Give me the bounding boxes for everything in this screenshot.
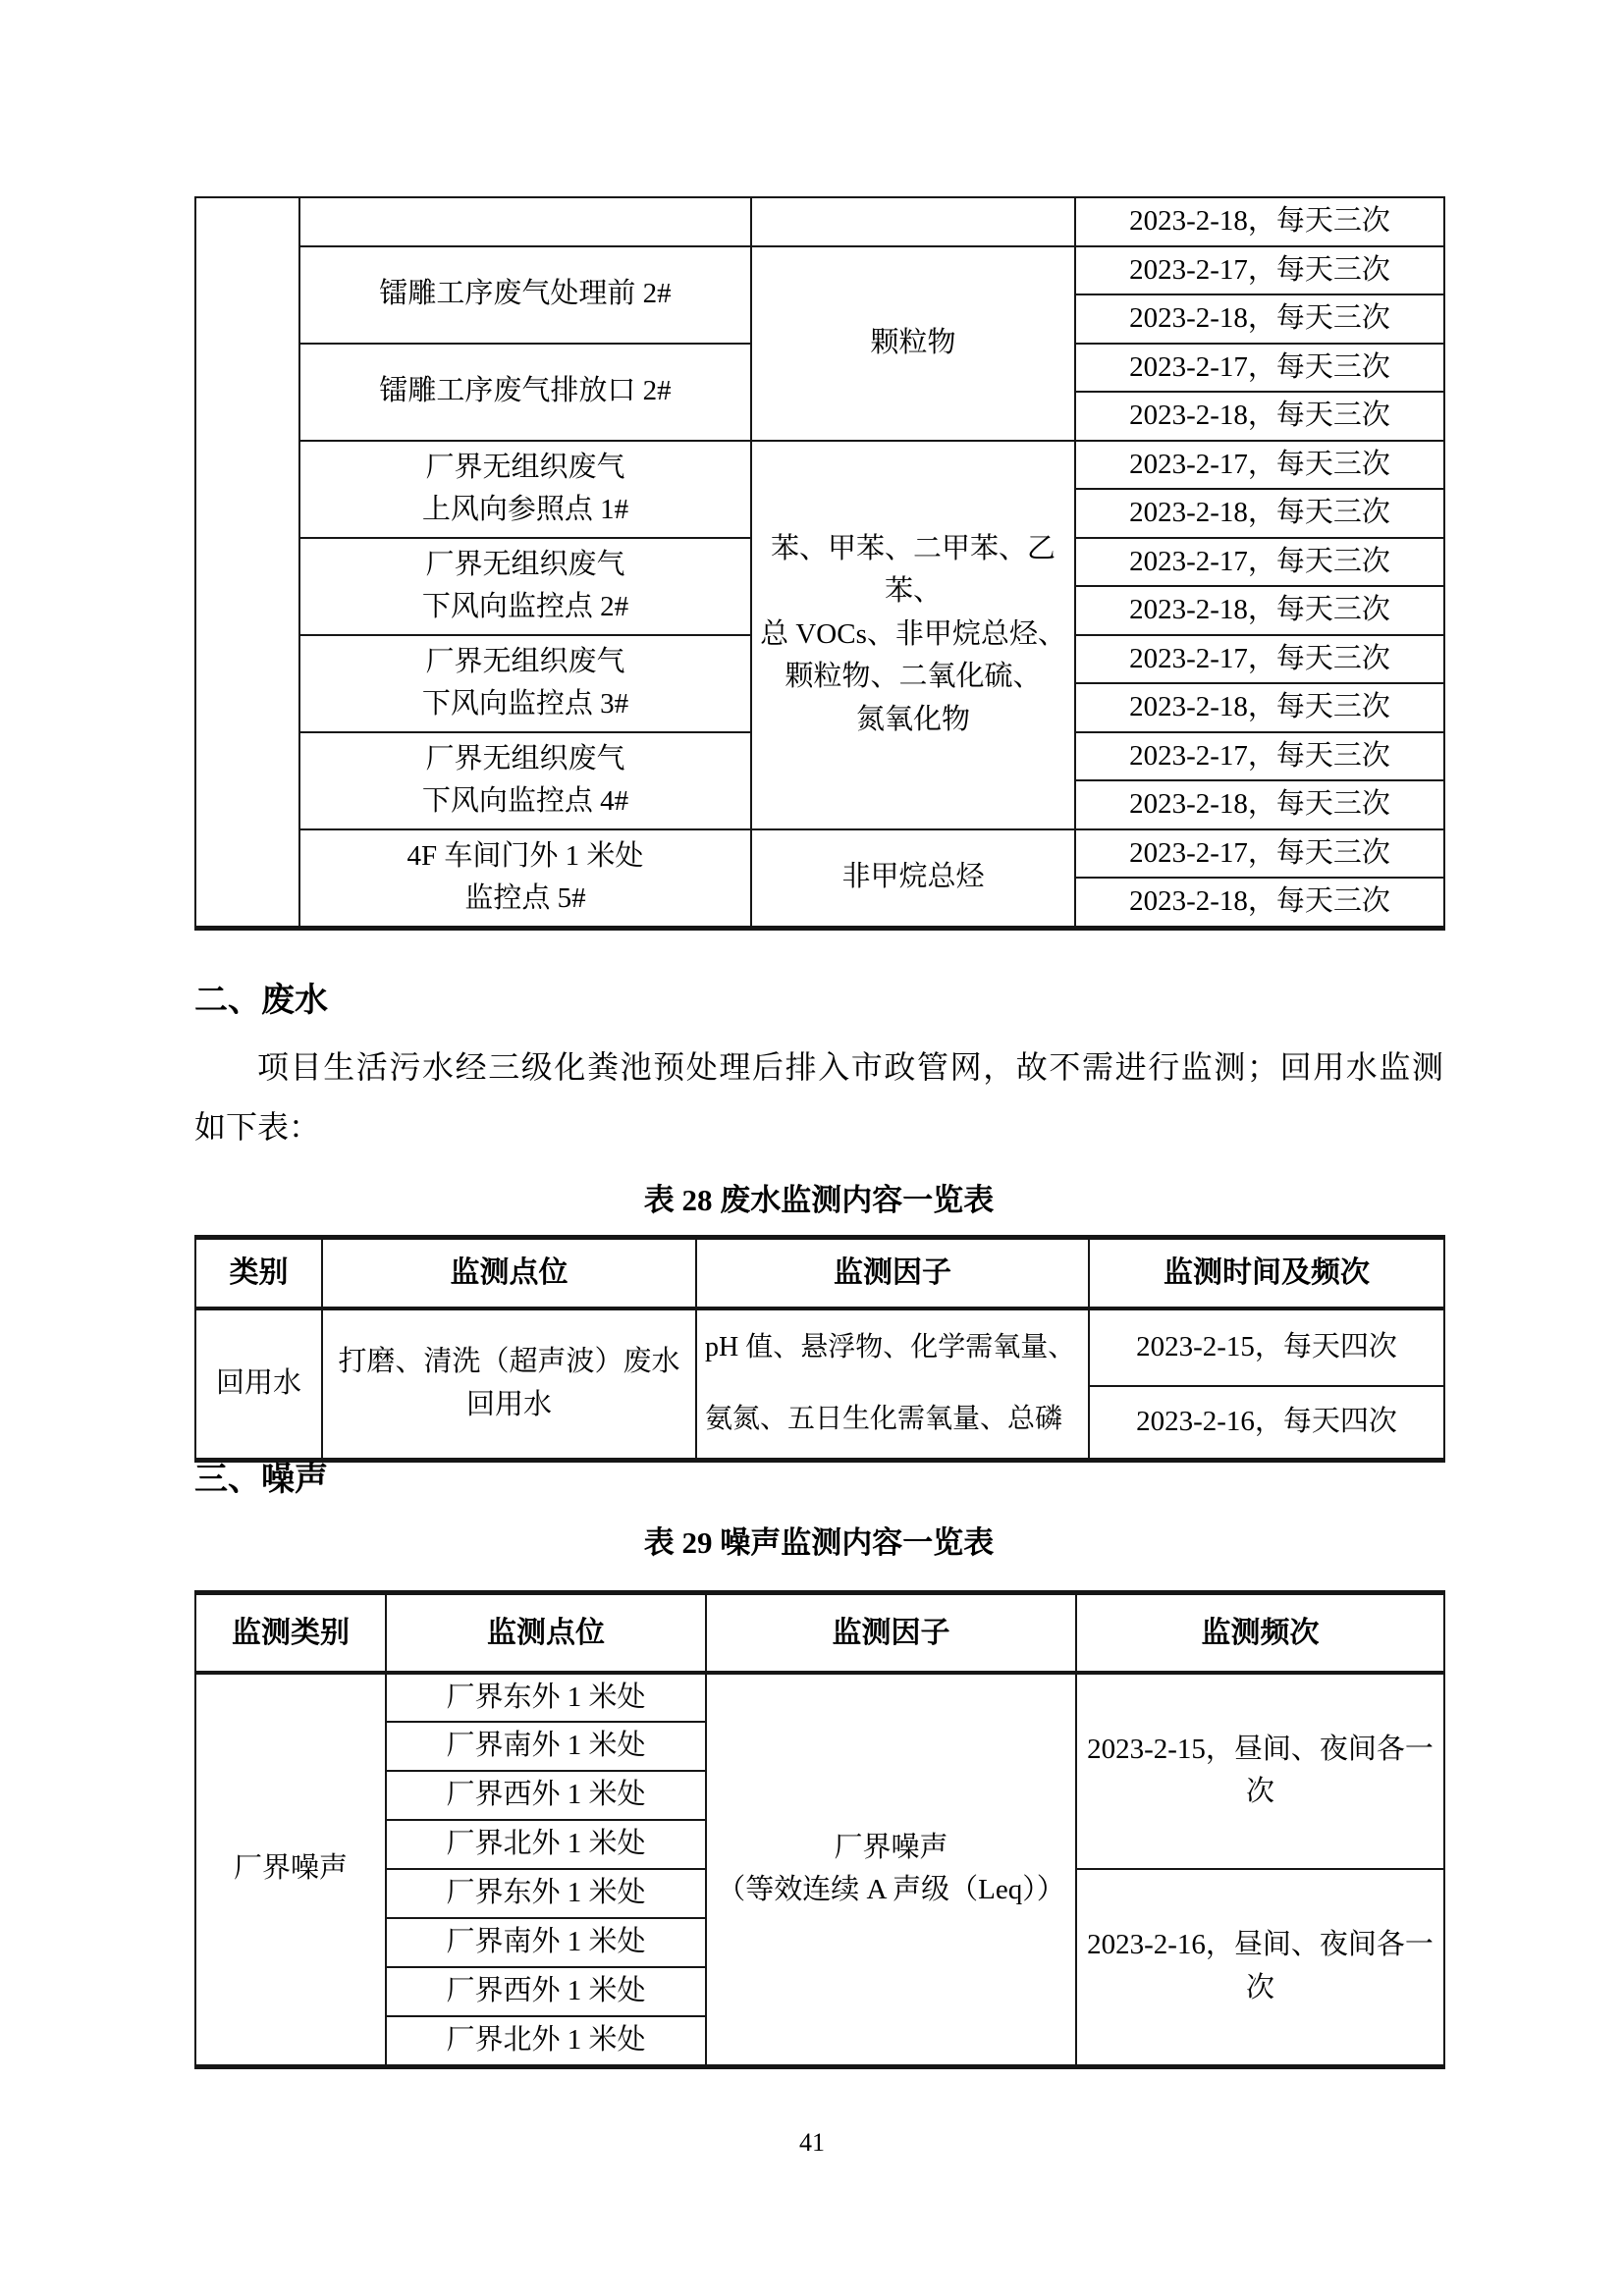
factor-lines: pH 值、悬浮物、化学需氧量、 氨氮、五日生化需氧量、总磷 <box>703 1312 1082 1456</box>
factor-cell: 非甲烷总烃 <box>751 829 1075 929</box>
point-cell: 厂界北外 1 米处 <box>386 1820 706 1869</box>
date-cell: 2023-2-18，每天三次 <box>1075 586 1444 635</box>
table29-title: 表 29 噪声监测内容一览表 <box>194 1523 1443 1563</box>
date-cell: 2023-2-18，每天三次 <box>1075 294 1444 344</box>
point-cell: 厂界北外 1 米处 <box>386 2016 706 2066</box>
point-cell: 厂界无组织废气 下风向监控点 4# <box>299 732 751 829</box>
gas-monitoring-table: 2023-2-18，每天三次 镭雕工序废气处理前 2# 颗粒物 2023-2-1… <box>194 196 1445 931</box>
point-cell: 厂界东外 1 米处 <box>386 1869 706 1918</box>
table-row: 厂界无组织废气 上风向参照点 1# 苯、甲苯、二甲苯、乙 苯、 总 VOCs、非… <box>195 441 1444 490</box>
column-header: 监测时间及频次 <box>1089 1238 1444 1308</box>
point-cell: 厂界南外 1 米处 <box>386 1722 706 1771</box>
column-header: 监测因子 <box>706 1593 1076 1673</box>
gas-category-cell <box>195 197 299 928</box>
point-cell: 镭雕工序废气排放口 2# <box>299 344 751 441</box>
point-cell <box>299 197 751 246</box>
column-header: 监测频次 <box>1076 1593 1444 1673</box>
table-row: 镭雕工序废气处理前 2# 颗粒物 2023-2-17，每天三次 <box>195 246 1444 295</box>
date-cell: 2023-2-17，每天三次 <box>1075 441 1444 490</box>
table-row: 2023-2-18，每天三次 <box>195 197 1444 246</box>
column-header: 监测点位 <box>322 1238 696 1308</box>
factor-cell <box>751 197 1075 246</box>
point-cell: 厂界无组织废气 上风向参照点 1# <box>299 441 751 538</box>
date-cell: 2023-2-18，每天三次 <box>1075 780 1444 829</box>
factor-cell: 颗粒物 <box>751 246 1075 441</box>
table-row: 回用水 打磨、清洗（超声波）废水 回用水 pH 值、悬浮物、化学需氧量、 氨氮、… <box>195 1308 1444 1386</box>
point-cell: 厂界西外 1 米处 <box>386 1967 706 2016</box>
wastewater-table: 类别 监测点位 监测因子 监测时间及频次 回用水 打磨、清洗（超声波）废水 回用… <box>194 1235 1445 1463</box>
wastewater-paragraph-line2: 如下表： <box>194 1105 1443 1148</box>
frequency-cell: 2023-2-15，昼间、夜间各一次 <box>1076 1673 1444 1870</box>
category-cell: 回用水 <box>195 1308 322 1461</box>
date-cell: 2023-2-16，每天四次 <box>1089 1386 1444 1460</box>
date-cell: 2023-2-18，每天三次 <box>1075 197 1444 246</box>
table28-title: 表 28 废水监测内容一览表 <box>194 1181 1443 1220</box>
date-cell: 2023-2-17，每天三次 <box>1075 635 1444 684</box>
date-cell: 2023-2-18，每天三次 <box>1075 489 1444 538</box>
factor-cell: 苯、甲苯、二甲苯、乙 苯、 总 VOCs、非甲烷总烃、 颗粒物、二氧化硫、 氮氧… <box>751 441 1075 829</box>
date-cell: 2023-2-18，每天三次 <box>1075 683 1444 732</box>
date-cell: 2023-2-18，每天三次 <box>1075 392 1444 441</box>
section-heading-wastewater: 二、废水 <box>194 980 328 1023</box>
category-cell: 厂界噪声 <box>195 1673 386 2067</box>
noise-table: 监测类别 监测点位 监测因子 监测频次 厂界噪声 厂界东外 1 米处 厂界噪声 … <box>194 1590 1445 2069</box>
date-cell: 2023-2-17，每天三次 <box>1075 246 1444 295</box>
date-cell: 2023-2-17，每天三次 <box>1075 344 1444 393</box>
point-cell: 镭雕工序废气处理前 2# <box>299 246 751 344</box>
point-cell: 厂界南外 1 米处 <box>386 1918 706 1967</box>
point-cell: 打磨、清洗（超声波）废水 回用水 <box>322 1308 696 1461</box>
point-cell: 厂界无组织废气 下风向监控点 3# <box>299 635 751 732</box>
factor-line: pH 值、悬浮物、化学需氧量、 <box>705 1327 1080 1368</box>
point-cell: 厂界无组织废气 下风向监控点 2# <box>299 538 751 635</box>
date-cell: 2023-2-17，每天三次 <box>1075 829 1444 879</box>
column-header: 监测因子 <box>696 1238 1089 1308</box>
section-heading-noise: 三、噪声 <box>194 1459 328 1502</box>
wastewater-paragraph-line1: 项目生活污水经三级化粪池预处理后排入市政管网，故不需进行监测；回用水监测 <box>194 1045 1443 1089</box>
column-header: 监测类别 <box>195 1593 386 1673</box>
page-number: 41 <box>0 2128 1624 2158</box>
date-cell: 2023-2-17，每天三次 <box>1075 538 1444 587</box>
frequency-cell: 2023-2-16，昼间、夜间各一次 <box>1076 1869 1444 2066</box>
point-cell: 4F 车间门外 1 米处 监控点 5# <box>299 829 751 929</box>
factor-cell: pH 值、悬浮物、化学需氧量、 氨氮、五日生化需氧量、总磷 <box>696 1308 1089 1461</box>
factor-cell: 厂界噪声 （等效连续 A 声级（Leq）） <box>706 1673 1076 2067</box>
table-row: 4F 车间门外 1 米处 监控点 5# 非甲烷总烃 2023-2-17，每天三次 <box>195 829 1444 879</box>
date-cell: 2023-2-17，每天三次 <box>1075 732 1444 781</box>
column-header: 监测点位 <box>386 1593 706 1673</box>
factor-line: 氨氮、五日生化需氧量、总磷 <box>705 1399 1080 1440</box>
point-cell: 厂界东外 1 米处 <box>386 1673 706 1723</box>
date-cell: 2023-2-15，每天四次 <box>1089 1308 1444 1386</box>
date-cell: 2023-2-18，每天三次 <box>1075 878 1444 928</box>
document-page: 2023-2-18，每天三次 镭雕工序废气处理前 2# 颗粒物 2023-2-1… <box>0 0 1624 2296</box>
table-header-row: 监测类别 监测点位 监测因子 监测频次 <box>195 1593 1444 1673</box>
column-header: 类别 <box>195 1238 322 1308</box>
table-header-row: 类别 监测点位 监测因子 监测时间及频次 <box>195 1238 1444 1308</box>
point-cell: 厂界西外 1 米处 <box>386 1771 706 1820</box>
table-row: 厂界噪声 厂界东外 1 米处 厂界噪声 （等效连续 A 声级（Leq）） 202… <box>195 1673 1444 1723</box>
